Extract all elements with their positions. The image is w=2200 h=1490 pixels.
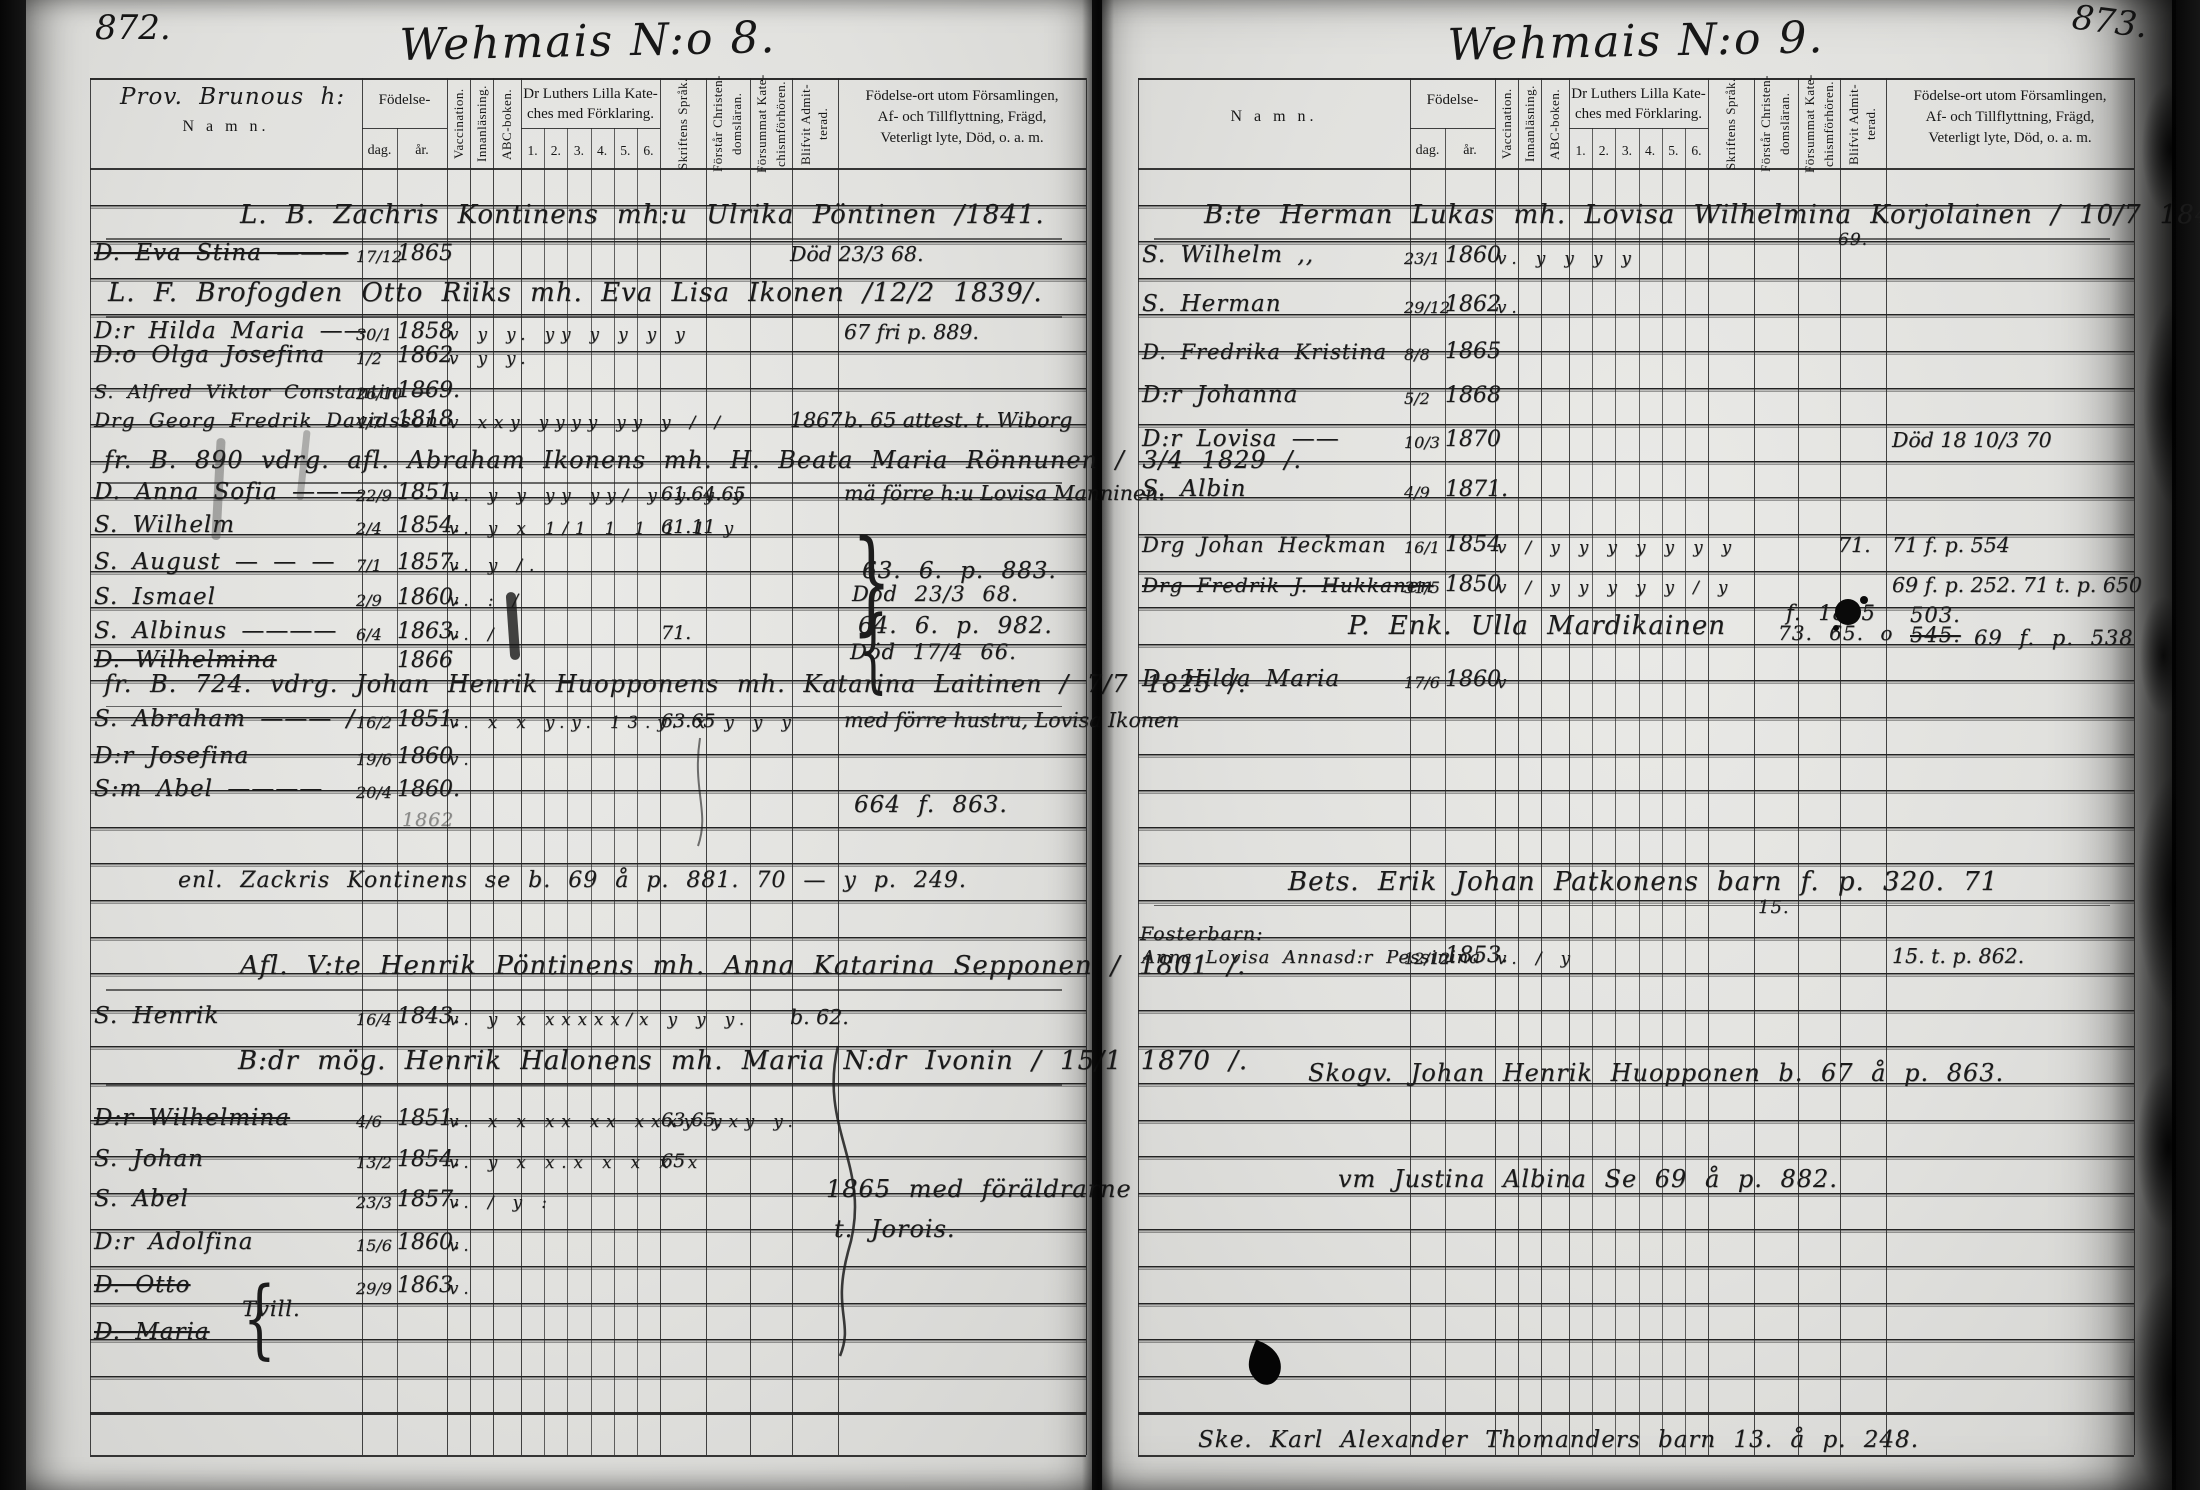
ar-header: år. (415, 143, 429, 159)
entry-birth-day: 26/10 (356, 384, 402, 403)
family-header-entry: Fosterbarn: (1140, 923, 1264, 945)
kateches-header: Dr Luthers Lilla Kate- (523, 86, 658, 103)
entry-birth-day: 29/12 (1404, 298, 1450, 317)
entry-name: D. Hilda Maria (1142, 666, 1340, 692)
column-line (1445, 128, 1446, 1455)
rule-line (1154, 905, 2110, 906)
rule-line (1138, 1120, 2134, 1124)
entry-name: Drg Johan Heckman (1142, 533, 1387, 557)
entry-name: Drg Georg Fredrik Davidsson (94, 408, 439, 432)
column-line (1592, 128, 1593, 1455)
column-header-vaccination: Vaccination. (1497, 82, 1517, 166)
rule-line (1138, 314, 2134, 318)
entry-birth-year: 1858 (397, 319, 453, 344)
column-header-innanlasning: Innanläsning. (1520, 82, 1540, 166)
rule-line (1138, 1339, 2134, 1343)
entry-birth-day: 16/2 (356, 713, 392, 732)
column-line (1754, 78, 1755, 1455)
entry-remark: 15. t. p. 862. (1892, 944, 2024, 968)
entry-exam-marks: v (1497, 673, 1513, 692)
rule-line (1154, 238, 2110, 239)
entry-birth-day: 5/2 (1404, 389, 1430, 408)
entry-exam-marks: v. (449, 1279, 476, 1298)
rule-line (90, 1303, 1086, 1307)
parish-register-scan: 872. 873. Wehmais N:o 8. Wehmais N:o 9. … (0, 0, 2200, 1490)
kateches-header: ches med Förklaring. (527, 106, 654, 123)
rule-line (90, 607, 1086, 611)
rule-line (1138, 1303, 2134, 1307)
entry-birth-year: 1862 (1445, 292, 1501, 317)
entry-birth-day: 30/1 (356, 325, 392, 344)
entry-remark: 71 f. p. 554 (1892, 533, 2010, 557)
entry-birth-day: 1/2 (356, 349, 382, 368)
rule-line (1138, 1046, 2134, 1050)
rule-line (1138, 1455, 2134, 1457)
entry-exam-marks: v. y x xxxxx/x y y y. (449, 1010, 751, 1029)
rule-line (1138, 754, 2134, 758)
kateches-col-number: 3. (1622, 143, 1632, 159)
column-header-forstar_1: Förstår Christen- (1756, 82, 1776, 166)
entry-name: D:o Olga Josefina (94, 342, 325, 368)
rule-line (1138, 1376, 2134, 1380)
kateches-col-number: 2. (551, 143, 561, 159)
rule-line (90, 827, 1086, 831)
column-header-skriftens_sprak: Skriftens Språk. (673, 82, 693, 166)
column-header-forstar_1: Förstår Christen- (708, 82, 728, 166)
book-fold (1082, 0, 1114, 1490)
entry-exam-marks: v. y /. (449, 556, 541, 575)
entry-birth-day: 17/12 (356, 247, 402, 266)
kateches-col-number: 1. (528, 143, 538, 159)
column-header-forstar_2: domsläran. (1775, 82, 1795, 166)
column-header-abc_boken: ABC-boken. (1545, 82, 1565, 166)
rule-line (106, 1084, 1062, 1085)
kateches-col-number: 4. (597, 143, 607, 159)
kateches-col-number: 2. (1599, 143, 1609, 159)
entry-exam-marks: v. / y : (449, 1193, 554, 1212)
entry-birth-day: 4/7 (356, 413, 382, 432)
rule-line (1410, 128, 1495, 129)
rule-line (1138, 937, 2134, 941)
kateches-header: Dr Luthers Lilla Kate- (1571, 86, 1706, 103)
entry-remark: b. 65 attest. t. Wiborg (844, 408, 1072, 432)
rule-line (1138, 973, 2134, 977)
entry-birth-year: 1860 (397, 744, 453, 769)
entry-birth-day: 29/9 (356, 1279, 392, 1298)
family-header-entry: 1862 (402, 809, 454, 831)
rule-line (90, 1266, 1086, 1270)
entry-birth-year: 1860 (1445, 667, 1501, 692)
entry-birth-year: 1862 (397, 343, 453, 368)
entry-remark: Död 18 10/3 70 (1892, 428, 2052, 452)
fodelseort-header: Af- och Tillflyttning, Frägd, (878, 109, 1047, 126)
column-header-blifvit_2: terad. (1861, 82, 1881, 166)
entry-skrift-note: 71. (661, 622, 691, 644)
rule-line (90, 168, 1086, 170)
column-line (90, 78, 91, 1455)
family-header-entry: 73. 65. o (1778, 621, 1893, 645)
rule-line (1138, 278, 2134, 282)
namn-header: N a m n. (1230, 108, 1317, 126)
entry-birth-year: 1863 (397, 1273, 453, 1298)
entry-name: D:r Adolfina (94, 1229, 253, 1255)
rule-line (1138, 790, 2134, 794)
entry-birth-day: 23/1 (1404, 249, 1440, 268)
rule-line (1138, 1229, 2134, 1233)
entry-skrift-note: 63.65. (661, 1109, 721, 1131)
column-header-forsummat_2: chismförhören. (1819, 82, 1839, 166)
entry-name: D. Fredrika Kristina (1142, 340, 1387, 364)
entry-name: D. Maria (94, 1319, 210, 1345)
column-line (1708, 78, 1709, 1455)
namn-header: N a m n. (182, 118, 269, 136)
entry-exam-marks: v / y y y y y y y (1497, 538, 1738, 557)
column-header-forstar_2: domsläran. (727, 82, 747, 166)
dag-header: dag. (1416, 143, 1440, 159)
family-header-entry: L. F. Brofogden Otto Riiks mh. Eva Lisa … (108, 278, 1043, 308)
rule-line (90, 1376, 1086, 1380)
kateches-col-number: 5. (1668, 143, 1678, 159)
entry-name: D. Anna Sofia ——— (94, 479, 364, 505)
entry-birth-year: 1865 (1445, 339, 1501, 364)
entry-name: D:r Hilda Maria —— (94, 318, 368, 344)
entry-birth-day: 7/1 (356, 556, 382, 575)
family-header-entry: P. Enk. Ulla Mardikainen (1348, 611, 1726, 641)
column-header-forsummat_1: Försummat Kate- (752, 82, 772, 166)
entry-name: S. Wilhelm (94, 512, 235, 538)
column-header-blifvit_2: terad. (813, 82, 833, 166)
rule-line (1138, 497, 2134, 501)
rule-line (106, 989, 1062, 990)
entry-name: S. Albin (1142, 476, 1246, 502)
entry-exam-marks: v. (1497, 298, 1524, 317)
entry-name: D:r Johanna (1142, 382, 1298, 408)
entry-birth-day: 22/9 (356, 486, 392, 505)
rule-line (1138, 1266, 2134, 1270)
entry-name: D. Eva Stina ——— (94, 240, 348, 266)
entry-birth-day: 2/4 (356, 519, 382, 538)
entry-birth-day: 31/5 (1404, 578, 1440, 597)
column-header-abc_boken: ABC-boken. (497, 82, 517, 166)
ink-brace: { (859, 604, 888, 696)
entry-birth-day: 6/4 (356, 625, 382, 644)
entry-birth-year: 1854 (1445, 532, 1501, 557)
entry-birth-day: 19/6 (356, 750, 392, 769)
column-line (1410, 78, 1411, 1455)
entry-birth-day: 15/6 (356, 1236, 392, 1255)
column-line (1685, 128, 1686, 1455)
entry-skrift-note: 61.11 (661, 516, 715, 538)
column-line (1639, 128, 1640, 1455)
entry-birth-year: 1870 (1445, 427, 1501, 452)
column-line (1615, 128, 1616, 1455)
rule-line (90, 78, 1086, 80)
entry-exam-marks: v. x x y.y. 13.y. x y y y (449, 713, 798, 732)
fodelseort-header: Födelse-ort utom Församlingen, (866, 88, 1059, 105)
entry-exam-marks: v xxy yyyy yy y / / (449, 413, 727, 432)
entry-remark: mä förre h:u Lovisa Manninen. (844, 481, 1165, 505)
family-header-entry: L. B. Zachris Kontinens mh:u Ulrika Pönt… (240, 200, 1045, 230)
rule-line (1138, 1412, 2134, 1415)
column-line (1541, 78, 1542, 1455)
ink-blotch-edge (2052, 0, 2176, 1490)
family-header-entry: 664 f. 863. (854, 792, 1008, 818)
kateches-col-number: 5. (620, 143, 630, 159)
column-line (1662, 128, 1663, 1455)
entry-birth-day: 4/9 (1404, 483, 1430, 502)
entry-name: S. Johan (94, 1146, 204, 1172)
rule-line (90, 863, 1086, 867)
family-header-entry: Skogv. Johan Henrik Huopponen b. 67 å p.… (1308, 1059, 2004, 1087)
entry-name: Drg Fredrik J. Hukkanen (1142, 573, 1434, 597)
entry-skrift-note: 61.64.65 (661, 483, 746, 505)
family-header-entry: B:te Herman Lukas mh. Lovisa Wilhelmina … (1204, 200, 2200, 230)
rule-line (1138, 1156, 2134, 1160)
entry-name: S. Henrik (94, 1003, 219, 1029)
entry-birth-day: 2/9 (356, 591, 382, 610)
entry-name: D:r Wilhelmina (94, 1105, 290, 1131)
name-column-annotation: Prov. Brunous h: (120, 84, 345, 110)
entry-name: D. Otto (94, 1272, 190, 1298)
rule-line (1138, 78, 2134, 80)
entry-remark: med förre hustru, Lovisa Ikonen (844, 708, 1179, 732)
family-header-entry: 15. (1758, 897, 1790, 918)
family-header-entry: vm Justina Albina Se 69 å p. 882. (1338, 1165, 1838, 1193)
column-line (1886, 78, 1887, 1455)
column-header-innanlasning: Innanläsning. (472, 82, 492, 166)
entry-birth-day: 13/2 (356, 1153, 392, 1172)
entry-birth-day: 10/3 (1404, 433, 1440, 452)
entry-birth-year: 1850 (1445, 572, 1501, 597)
entry-birth-day: 8/8 (1404, 345, 1430, 364)
ar-header: år. (1463, 143, 1477, 159)
entry-name: S. Ismael (94, 584, 216, 610)
entry-birth-year: 1865 (397, 241, 453, 266)
fodelse-header: Födelse- (379, 92, 431, 109)
entry-exam-marks: v. / (449, 625, 500, 644)
entry-admitted-note: Död 23/3 68. (790, 242, 924, 266)
column-line (1495, 78, 1496, 1455)
entry-birth-day: 12/12 (1404, 949, 1450, 968)
twins-brace: { (243, 1276, 276, 1362)
entry-name: S. Albinus ———— (94, 618, 337, 644)
entry-exam-marks: v. (449, 1236, 476, 1255)
kateches-col-number: 6. (1691, 143, 1701, 159)
column-line (1569, 78, 1570, 1455)
entry-exam-marks: v y y. (449, 349, 533, 368)
rule-line (362, 128, 447, 129)
entry-exam-marks: v / y y y y y / y (1497, 578, 1734, 597)
entry-exam-marks: v. (449, 750, 476, 769)
entry-name: S:m Abel ———— (94, 776, 323, 802)
entry-birth-day: 20/4 (356, 783, 392, 802)
fodelse-header: Födelse- (1427, 92, 1479, 109)
entry-skrift-note: 63.65 (661, 710, 715, 732)
rule-line (1138, 900, 2134, 904)
kateches-col-number: 1. (1576, 143, 1586, 159)
entry-birth-day: 16/1 (1404, 538, 1440, 557)
family-header-entry: Ske. Karl Alexander Thomanders barn 13. … (1198, 1427, 1919, 1453)
entry-name: S. Wilhelm ,, (1142, 242, 1314, 268)
entry-birth-year: 1818 (397, 407, 453, 432)
column-header-forsummat_1: Försummat Kate- (1800, 82, 1820, 166)
column-line (1840, 78, 1841, 1455)
kateches-col-number: 6. (643, 143, 653, 159)
column-line (1518, 78, 1519, 1455)
entry-admitted-note: b. 62. (790, 1005, 849, 1029)
entry-birth-year: 1869. (397, 378, 460, 403)
family-header-entry: enl. Zackris Kontinens se b. 69 å p. 881… (178, 868, 967, 893)
rule-line (90, 1412, 1086, 1415)
family-header-entry: t. Jorois. (834, 1215, 956, 1243)
entry-birth-year: 1868 (1445, 383, 1501, 408)
rule-line (1138, 168, 2134, 170)
rule-line (90, 937, 1086, 941)
kateches-header: ches med Förklaring. (1575, 106, 1702, 123)
family-header-entry: 69. (1838, 230, 1868, 250)
column-header-forsummat_2: chismförhören. (771, 82, 791, 166)
entry-name: D:r Lovisa —— (1142, 426, 1340, 452)
entry-name: S. Abraham ——— / (94, 706, 355, 732)
entry-skrift-note: 65 (661, 1150, 685, 1172)
entry-birth-day: 4/6 (356, 1112, 382, 1131)
rule-line (90, 1455, 1086, 1457)
entry-name: S. Abel (94, 1186, 189, 1212)
fodelseort-header: Veterligt lyte, Död, o. a. m. (880, 130, 1043, 147)
entry-exam-marks: v. / y (1497, 949, 1577, 968)
entry-birth-day: 16/4 (356, 1010, 392, 1029)
rule-line (1138, 717, 2134, 721)
entry-name: D:r Josefina (94, 743, 249, 769)
column-line (1138, 78, 1139, 1455)
family-header-entry: Bets. Erik Johan Patkonens barn f. p. 32… (1288, 867, 1998, 897)
family-header-entry: fr. B. 890 vdrg. afl. Abraham Ikonens mh… (104, 446, 1302, 474)
entry-exam-marks: v. x x xx xx xxxy yxy y. (449, 1112, 800, 1131)
rule-line (90, 1339, 1086, 1343)
entry-birth-day: 23/3 (356, 1193, 392, 1212)
entry-birth-year: 1860. (397, 777, 460, 802)
rule-line (1138, 827, 2134, 831)
entry-birth-year: 1871. (1445, 477, 1508, 502)
entry-exam-marks: v. : / (449, 591, 525, 610)
column-header-skriftens_sprak: Skriftens Språk. (1721, 82, 1741, 166)
entry-name: S. Herman (1142, 291, 1282, 317)
entry-exam-marks: v. y y y y (1497, 249, 1638, 268)
rule-line (1138, 1010, 2134, 1014)
column-header-vaccination: Vaccination. (449, 82, 469, 166)
entry-exam-marks: v y y. yy y y y y (449, 325, 692, 344)
column-line (1798, 78, 1799, 1455)
entry-admitted-note: 1867 (790, 408, 842, 432)
family-header-entry: 545. (1910, 623, 1961, 647)
entry-birth-year: 1860 (1445, 243, 1501, 268)
entry-birth-day: 17/6 (1404, 673, 1440, 692)
entry-name: S. August — — — (94, 549, 336, 575)
kateches-col-number: 4. (1645, 143, 1655, 159)
entry-admitted-note: 71. (1838, 533, 1871, 557)
rule-line (90, 900, 1086, 904)
dag-header: dag. (368, 143, 392, 159)
family-header-entry: fr. B. 724. vdrg. Johan Henrik Huopponen… (104, 670, 1246, 698)
book-binding-left (0, 0, 26, 1490)
entry-remark: 67 fri p. 889. (844, 320, 979, 344)
kateches-col-number: 3. (574, 143, 584, 159)
